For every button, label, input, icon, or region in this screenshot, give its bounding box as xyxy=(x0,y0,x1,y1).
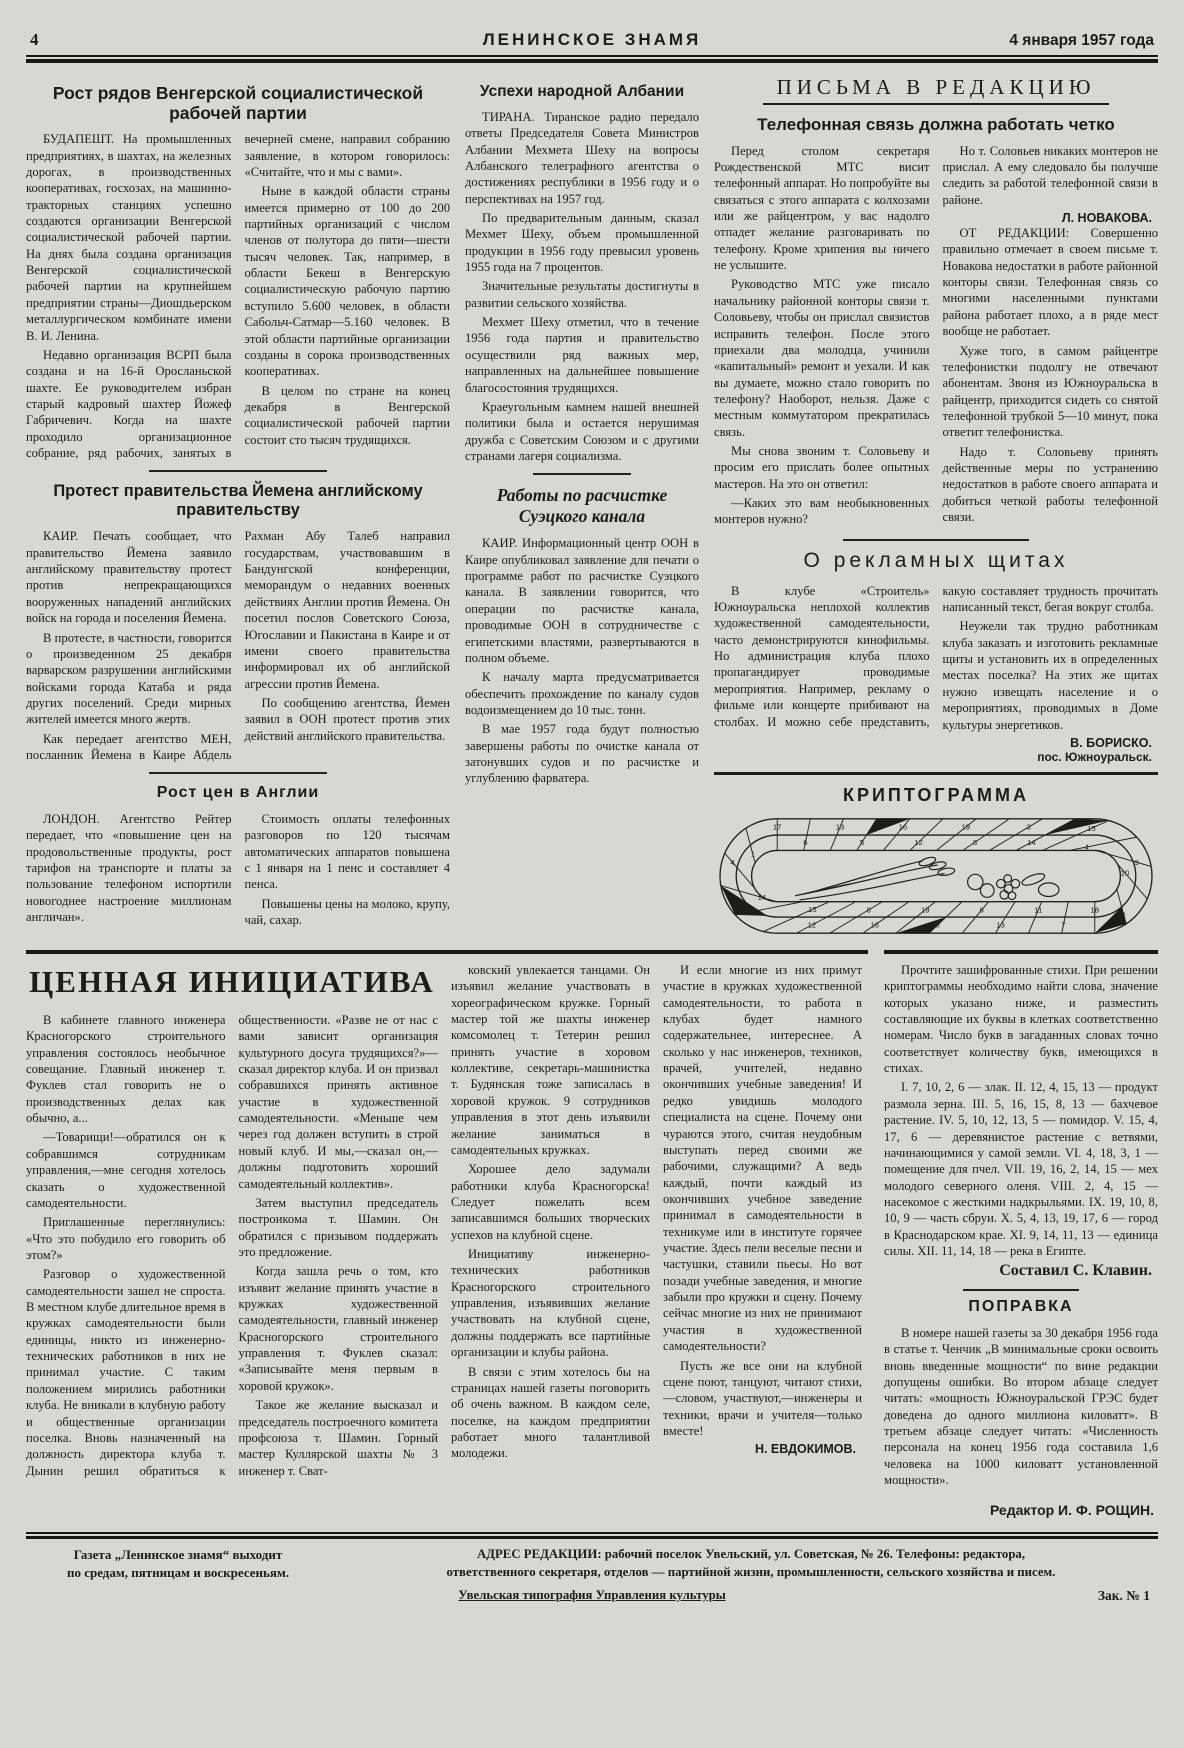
cryptogram-cell-number: 19 xyxy=(921,905,930,914)
article-yemen-protest: Протест правительства Йемена английскому… xyxy=(26,482,450,763)
schedule-line2: по средам, пятницам и воскресеньям. xyxy=(28,1564,328,1582)
cryptogram-cell-number: 16 xyxy=(899,822,908,831)
cryptogram-cell-number: 5 xyxy=(860,838,864,847)
paragraph: Затем выступил председатель построикома … xyxy=(239,1195,439,1260)
article-title: Успехи народной Албании xyxy=(473,83,691,101)
cryptogram-cell-number: 19 xyxy=(962,822,971,831)
cryptogram-cell-number: 15 xyxy=(1087,824,1096,833)
paragraph: I. 7, 10, 2, 6 — злак. II. 12, 4, 15, 13… xyxy=(884,1079,1158,1259)
article-title: Протест правительства Йемена английскому… xyxy=(34,482,442,520)
paragraph: Стоимость оплаты телефонных разговоров п… xyxy=(245,811,451,893)
divider-rule xyxy=(533,473,631,475)
cryptogram-cell-number: 4 xyxy=(730,858,735,867)
cryptogram-cell-number: 12 xyxy=(808,920,817,929)
typography-credit: Увельская типография Управления культуры xyxy=(28,1588,1156,1603)
paragraph: БУДАПЕШТ. На промышленных предприятиях, … xyxy=(26,131,232,344)
cryptogram-cell-number: 12 xyxy=(914,838,923,847)
paragraph: По сообщению агентства, Йемен заявил в О… xyxy=(245,695,451,744)
initiative-headline-group: ЦЕННАЯ ИНИЦИАТИВА В кабинете главного ин… xyxy=(26,962,438,1518)
paragraph: Краеугольным камнем нашей внешней полити… xyxy=(465,399,699,464)
footer-row: Газета „Ленинское знамя“ выходит по сред… xyxy=(28,1546,1156,1582)
article-body: В клубе «Строитель» Южноуральска неплохо… xyxy=(714,583,1158,733)
middle-column-zone: Успехи народной Албании ТИРАНА. Тиранско… xyxy=(465,73,699,940)
cryptogram-cell-number: 7 xyxy=(1061,920,1065,929)
paragraph: В протесте, в частности, говорится о про… xyxy=(26,630,232,728)
paragraph: В номере нашей газеты за 30 декабря 1956… xyxy=(884,1325,1158,1489)
paragraph: Мехмет Шеху отметил, что в течение 1956 … xyxy=(465,314,699,396)
cryptogram-cell-number: 5 xyxy=(935,920,939,929)
article-title: Рост рядов Венгерской социалистической р… xyxy=(34,83,442,123)
paragraph: К началу марта предусматривается обеспеч… xyxy=(465,669,699,718)
cryptogram-puzzle-illustration: 1761351612198314154910218711136519168121… xyxy=(714,812,1158,940)
left-column-zone: Рост рядов Венгерской социалистической р… xyxy=(26,73,450,940)
paragraph: КАИР. Печать сообщает, что правительство… xyxy=(26,528,232,626)
cryptogram-cell-number: 17 xyxy=(773,822,782,831)
paragraph: Когда зашла речь о том, кто изъявит жела… xyxy=(239,1263,439,1394)
divider-rule xyxy=(963,1289,1078,1291)
article-england-prices: Рост цен в Англии ЛОНДОН. Агентство Рейт… xyxy=(26,784,450,929)
cryptogram-title: КРИПТОГРАММА xyxy=(714,785,1158,806)
letter-signature: Л. НОВАКОВА. xyxy=(949,211,1153,225)
paragraph: КАИР. Информационный центр ООН в Каире о… xyxy=(465,535,699,666)
cryptogram-cell-number: 11 xyxy=(1034,905,1042,914)
cryptogram-cell-number: 13 xyxy=(836,822,845,831)
col4-paragraphs: И если многие из них примут участие в кр… xyxy=(663,962,862,1439)
editor-credit: Редактор И. Ф. РОЩИН. xyxy=(888,1502,1154,1518)
article-correction: ПОПРАВКА В номере нашей газеты за 30 дек… xyxy=(884,1298,1158,1488)
article-title: О рекламных щитах xyxy=(714,549,1158,573)
order-number: Зак. № 1 xyxy=(1098,1588,1150,1604)
paragraph: Надо т. Соловьеву принять действенные ме… xyxy=(943,444,1159,526)
paragraph: ОТ РЕДАКЦИИ: Совершенно правильно отмеча… xyxy=(943,225,1159,340)
cryptogram-cell-number: 2 xyxy=(1122,910,1126,919)
paragraph: В кабинете главного инженера Красногорск… xyxy=(26,1012,226,1127)
paragraph: Такое же желание высказал и председатель… xyxy=(239,1397,439,1479)
article-body: В номере нашей газеты за 30 декабря 1956… xyxy=(884,1325,1158,1489)
paragraph: —Каких это вам необыкновенных монтеров н… xyxy=(714,495,930,528)
cryptogram-author: Составил С. Клавин. xyxy=(890,1262,1152,1280)
masthead-title: ЛЕНИНСКОЕ ЗНАМЯ xyxy=(483,30,702,50)
newspaper-page: 4 ЛЕНИНСКОЕ ЗНАМЯ 4 января 1957 года Рос… xyxy=(0,0,1184,1748)
paragraph: Руководство МТС уже писало начальнику ра… xyxy=(714,276,930,440)
publication-schedule: Газета „Ленинское знамя“ выходит по сред… xyxy=(28,1546,328,1581)
article-title: ПОПРАВКА xyxy=(892,1298,1150,1316)
paragraph: Инициативу инженерно-технических работни… xyxy=(451,1246,650,1361)
paragraph: Приглашенные переглянулись: «Что это поб… xyxy=(26,1214,226,1263)
cryptogram-cell-number: 3 xyxy=(751,907,755,916)
article-body-cols-1-2: В кабинете главного инженера Красногорск… xyxy=(26,1012,438,1481)
issue-date: 4 января 1957 года xyxy=(701,32,1154,50)
cryptogram-cell-number: 18 xyxy=(1091,905,1100,914)
cryptogram-cell-number: 9 xyxy=(1135,858,1139,867)
paragraph: В мае 1957 года будут полностью завершен… xyxy=(465,721,699,786)
article-body-col-4: И если многие из них примут участие в кр… xyxy=(663,962,862,1518)
header-rule xyxy=(26,55,1158,63)
paragraph: ТИРАНА. Тиранское радио передало ответы … xyxy=(465,109,699,207)
article-billboards: О рекламных щитах В клубе «Строитель» Юж… xyxy=(714,549,1158,764)
article-signature: В. БОРИСКО. xyxy=(720,736,1152,750)
page-number: 4 xyxy=(30,30,483,50)
cryptogram-cell-number: 1 xyxy=(751,849,755,858)
paragraph: В целом по стране на конец декабря в Вен… xyxy=(245,383,451,448)
paragraph: По предварительным данным, сказал Мехмет… xyxy=(465,210,699,275)
paragraph: Прочтите зашифрованные стихи. При решени… xyxy=(884,962,1158,1077)
paragraph: Перед столом секретаря Рождественской МТ… xyxy=(714,143,930,274)
paragraph: Ныне в каждой области страны имеется при… xyxy=(245,183,451,379)
article-albania: Успехи народной Албании ТИРАНА. Тиранско… xyxy=(465,83,699,464)
article-initiative: ЦЕННАЯ ИНИЦИАТИВА В кабинете главного ин… xyxy=(26,950,868,1518)
paragraph: И если многие из них примут участие в кр… xyxy=(663,962,862,1355)
cryptogram-cell-number: 6 xyxy=(803,838,807,847)
harvest-drawing xyxy=(795,856,1059,900)
article-title: Телефонная связь должна работать четко xyxy=(722,115,1150,135)
signature-place: пос. Южноуральск. xyxy=(720,750,1152,764)
cryptogram-cell-number: 3 xyxy=(1027,822,1031,831)
divider-rule xyxy=(149,772,327,774)
cryptogram-cell-number: 4 xyxy=(1085,842,1090,851)
bottom-section: ЦЕННАЯ ИНИЦИАТИВА В кабинете главного ин… xyxy=(26,950,1158,1518)
cryptogram-section: КРИПТОГРАММА xyxy=(714,772,1158,940)
address-line2: ответственного секретаря, отделов — парт… xyxy=(346,1564,1156,1582)
cryptogram-cell-number: 14 xyxy=(1027,838,1036,847)
editorial-address: АДРЕС РЕДАКЦИИ: рабочий поселок Увельски… xyxy=(346,1546,1156,1582)
paragraph: Хорошее дело задумали работники клуба Кр… xyxy=(451,1161,650,1243)
paragraph: Значительные результаты достигнуты в раз… xyxy=(465,278,699,311)
footer-inner: Газета „Ленинское знамя“ выходит по сред… xyxy=(26,1536,1158,1610)
footer-row2: Увельская типография Управления культуры… xyxy=(28,1588,1156,1608)
article-body: ЛОНДОН. Агентство Рейтер передает, что «… xyxy=(26,811,450,930)
paragraph: —Товарищи!—обратился он к собравшимся со… xyxy=(26,1129,226,1211)
cryptogram-cell-number: 10 xyxy=(1121,868,1130,877)
article-body-col-3: ковский увлекается танцами. Он изъявил ж… xyxy=(451,962,650,1518)
paragraph: Пусть же все они на клубной сцене поют, … xyxy=(663,1358,862,1440)
cryptogram-cell-number: 15 xyxy=(808,905,817,914)
cryptogram-cell-number: 14 xyxy=(758,893,767,902)
article-signature: Н. ЕВДОКИМОВ. xyxy=(669,1442,856,1456)
divider-rule xyxy=(149,470,327,472)
letters-section-heading: ПИСЬМА В РЕДАКЦИЮ xyxy=(714,75,1158,105)
top-section: Рост рядов Венгерской социалистической р… xyxy=(26,73,1158,940)
page-footer: Газета „Ленинское знамя“ выходит по сред… xyxy=(26,1532,1158,1610)
article-title: ЦЕННАЯ ИНИЦИАТИВА xyxy=(26,964,438,1000)
paragraph: Хуже того, в самом райцентре телефонистк… xyxy=(943,343,1159,441)
cryptogram-cell-number: 13 xyxy=(996,920,1005,929)
letters-section-title: ПИСЬМА В РЕДАКЦИЮ xyxy=(763,75,1110,105)
article-body: КАИР. Информационный центр ООН в Каире о… xyxy=(465,535,699,786)
cryptogram-instructions: Прочтите зашифрованные стихи. При решени… xyxy=(884,962,1158,1259)
divider-rule xyxy=(843,539,1029,541)
paragraph: Но т. Соловьев никаких монтеров не присл… xyxy=(943,143,1159,208)
article-hungary-party: Рост рядов Венгерской социалистической р… xyxy=(26,83,450,461)
editorial-note: ОТ РЕДАКЦИИ: Совершенно правильно отмеча… xyxy=(943,225,1159,525)
paragraph: ковский увлекается танцами. Он изъявил ж… xyxy=(451,962,650,1158)
paragraph: В связи с этим хотелось бы на страницах … xyxy=(451,1364,650,1462)
article-title: Рост цен в Англии xyxy=(34,784,442,802)
article-suez-canal: Работы по расчистке Суэцкого канала КАИР… xyxy=(465,485,699,786)
schedule-line1: Газета „Ленинское знамя“ выходит xyxy=(28,1546,328,1564)
letters-section: ПИСЬМА В РЕДАКЦИЮ Телефонная связь должн… xyxy=(714,75,1158,530)
cryptogram-cell-number: 8 xyxy=(973,838,977,847)
paragraph: Неужели так трудно работникам клуба зака… xyxy=(943,618,1159,733)
paragraph: ЛОНДОН. Агентство Рейтер передает, что «… xyxy=(26,811,232,926)
paragraph: Мы снова звоним т. Соловьеву и просим ег… xyxy=(714,443,930,492)
letter-flow: Перед столом секретаря Рождественской МТ… xyxy=(714,143,1158,530)
paragraph: Повышены цены на молоко, крупу, чай, сах… xyxy=(245,896,451,929)
right-column-zone: ПИСЬМА В РЕДАКЦИЮ Телефонная связь должн… xyxy=(714,73,1158,940)
article-body: БУДАПЕШТ. На промышленных предприятиях, … xyxy=(26,131,450,461)
article-body: ТИРАНА. Тиранское радио передало ответы … xyxy=(465,109,699,465)
bottom-right-column: Прочтите зашифрованные стихи. При решени… xyxy=(884,950,1158,1518)
page-header: 4 ЛЕНИНСКОЕ ЗНАМЯ 4 января 1957 года xyxy=(26,30,1158,50)
article-title: Работы по расчистке Суэцкого канала xyxy=(469,485,695,527)
cryptogram-cell-number: 6 xyxy=(980,905,984,914)
address-line1: АДРЕС РЕДАКЦИИ: рабочий поселок Увельски… xyxy=(346,1546,1156,1564)
article-body: КАИР. Печать сообщает, что правительство… xyxy=(26,528,450,763)
cryptogram-cell-number: 16 xyxy=(870,920,879,929)
cryptogram-cell-number: 8 xyxy=(867,905,871,914)
